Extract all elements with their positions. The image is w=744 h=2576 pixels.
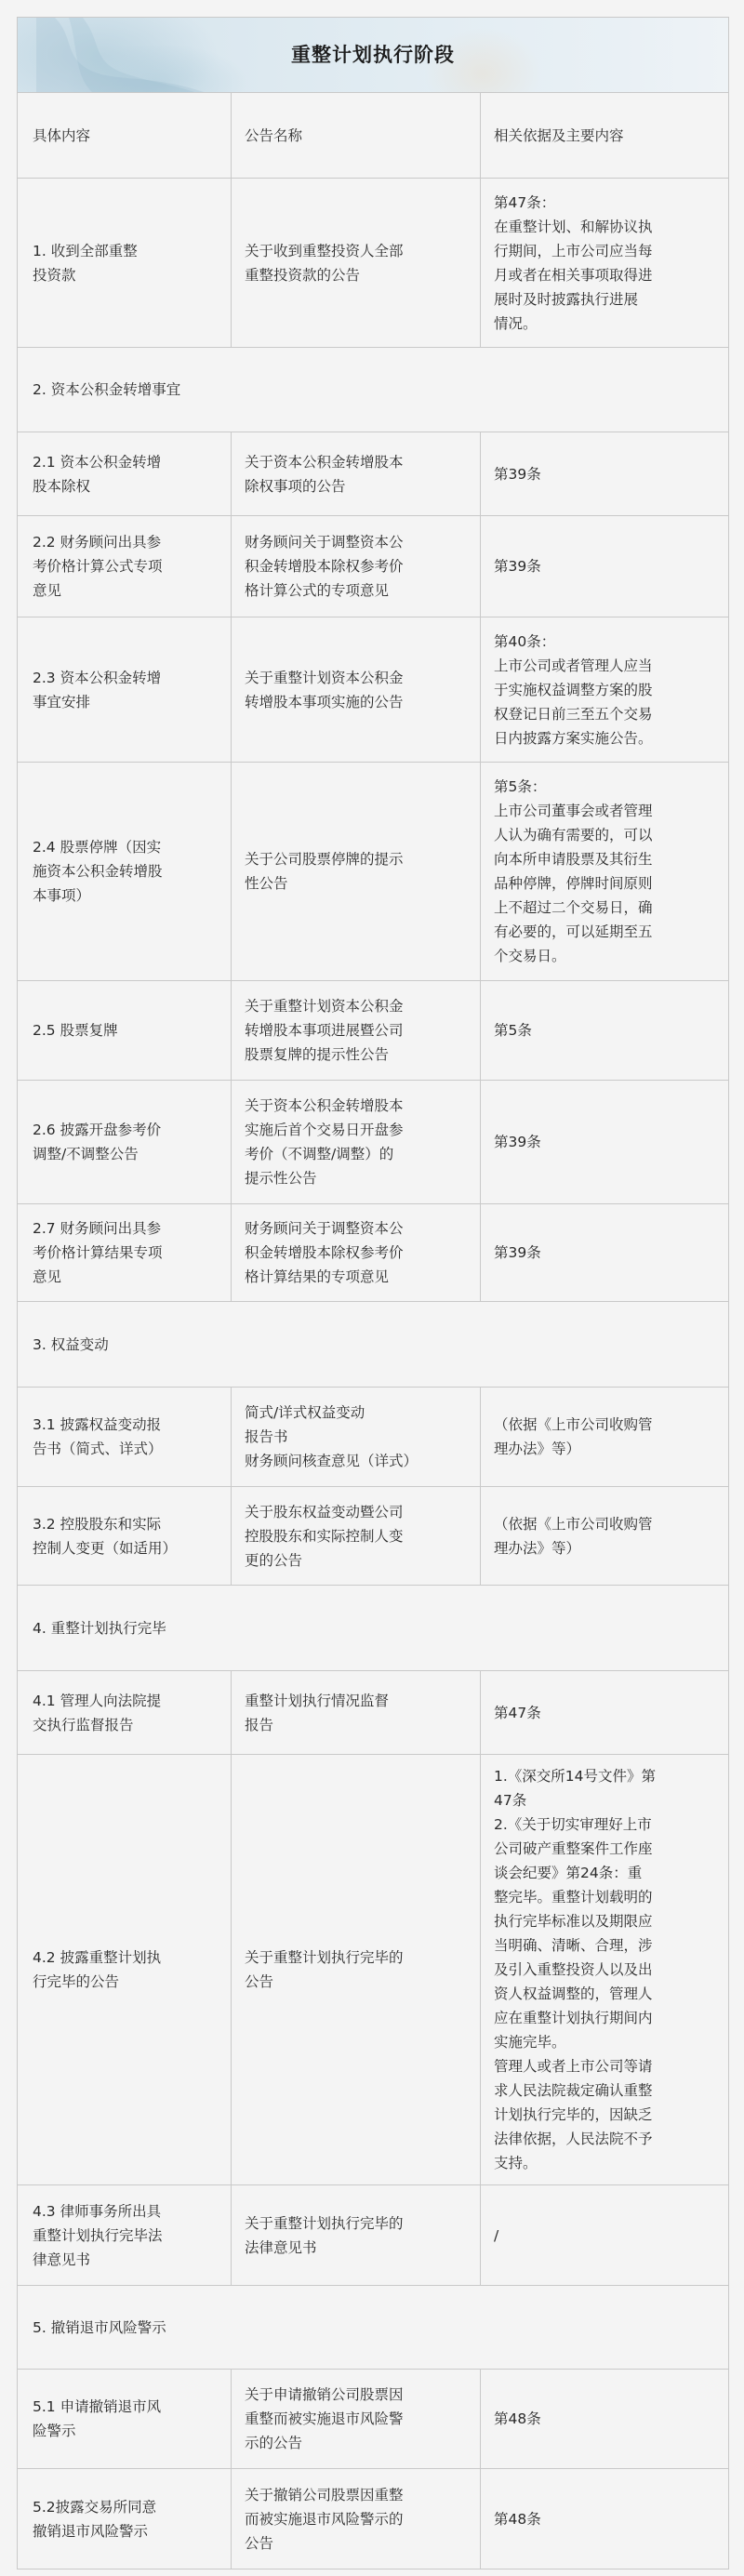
table-row: 2.7 财务顾问出具参 考价格计算结果专项 意见财务顾问关于调整资本公 积金转增… — [18, 1204, 728, 1302]
basis-cell: 1.《深交所14号文件》第 47条 2.《关于切实审理好上市 公司破产重整案件工… — [481, 1755, 728, 2184]
content-cell: 4.1 管理人向法院提 交执行监督报告 — [18, 1671, 232, 1754]
content-cell: 1. 收到全部重整 投资款 — [18, 179, 232, 347]
notice-name-cell: 简式/详式权益变动 报告书 财务顾问核查意见（详式） — [232, 1388, 481, 1486]
table-row: 4.1 管理人向法院提 交执行监督报告重整计划执行情况监督 报告第47条 — [18, 1671, 728, 1755]
table-row: 2.2 财务顾问出具参 考价格计算公式专项 意见财务顾问关于调整资本公 积金转增… — [18, 516, 728, 617]
basis-cell: 第40条： 上市公司或者管理人应当 于实施权益调整方案的股 权登记日前三至五个交… — [481, 617, 728, 762]
section-header-row: 5. 撤销退市风险警示 — [18, 2286, 728, 2370]
content-cell: 4.3 律师事务所出具 重整计划执行完毕法 律意见书 — [18, 2185, 232, 2285]
content-cell: 3.1 披露权益变动报 告书（简式、详式） — [18, 1388, 232, 1486]
column-header-row: 具体内容 公告名称 相关依据及主要内容 — [18, 93, 728, 179]
table-row: 1. 收到全部重整 投资款关于收到重整投资人全部 重整投资款的公告第47条： 在… — [18, 179, 728, 348]
content-cell: 2.5 股票复牌 — [18, 981, 232, 1080]
notice-name-cell: 关于申请撤销公司股票因 重整而被实施退市风险警 示的公告 — [232, 2370, 481, 2468]
basis-cell: （依据《上市公司收购管 理办法》等） — [481, 1487, 728, 1585]
basis-cell: 第48条 — [481, 2469, 728, 2569]
notice-name-cell: 重整计划执行情况监督 报告 — [232, 1671, 481, 1754]
table-row: 5.1 申请撤销退市风 险警示关于申请撤销公司股票因 重整而被实施退市风险警 示… — [18, 2370, 728, 2469]
table-title: 重整计划执行阶段 — [18, 18, 728, 92]
content-cell: 4.2 披露重整计划执 行完毕的公告 — [18, 1755, 232, 2184]
section-header-row: 2. 资本公积金转增事宜 — [18, 348, 728, 432]
table-row: 5.2披露交易所同意 撤销退市风险警示关于撤销公司股票因重整 而被实施退市风险警… — [18, 2469, 728, 2569]
content-cell: 2.4 股票停牌（因实 施资本公积金转增股 本事项） — [18, 763, 232, 980]
basis-cell: 第48条 — [481, 2370, 728, 2468]
notice-name-cell: 财务顾问关于调整资本公 积金转增股本除权参考价 格计算公式的专项意见 — [232, 516, 481, 617]
basis-cell: 第47条： 在重整计划、和解协议执 行期间，上市公司应当每 月或者在相关事项取得… — [481, 179, 728, 347]
content-cell: 3.2 控股股东和实际 控制人变更（如适用） — [18, 1487, 232, 1585]
basis-cell: （依据《上市公司收购管 理办法》等） — [481, 1388, 728, 1486]
notice-name-cell: 关于资本公积金转增股本 除权事项的公告 — [232, 432, 481, 515]
table-row: 2.5 股票复牌关于重整计划资本公积金 转增股本事项进展暨公司 股票复牌的提示性… — [18, 981, 728, 1081]
table-row: 4.2 披露重整计划执 行完毕的公告关于重整计划执行完毕的 公告1.《深交所14… — [18, 1755, 728, 2185]
basis-cell: 第39条 — [481, 1204, 728, 1301]
section-title: 2. 资本公积金转增事宜 — [18, 348, 728, 432]
content-cell: 2.6 披露开盘参考价 调整/不调整公告 — [18, 1081, 232, 1203]
notice-name-cell: 关于资本公积金转增股本 实施后首个交易日开盘参 考价（不调整/调整）的 提示性公… — [232, 1081, 481, 1203]
notice-name-cell: 关于公司股票停牌的提示 性公告 — [232, 763, 481, 980]
notice-name-cell: 关于重整计划资本公积金 转增股本事项实施的公告 — [232, 617, 481, 762]
basis-cell: 第47条 — [481, 1671, 728, 1754]
basis-cell: 第39条 — [481, 1081, 728, 1203]
execution-stage-table: 重整计划执行阶段 具体内容 公告名称 相关依据及主要内容 1. 收到全部重整 投… — [17, 17, 729, 2569]
content-cell: 2.7 财务顾问出具参 考价格计算结果专项 意见 — [18, 1204, 232, 1301]
basis-cell: 第5条 — [481, 981, 728, 1080]
notice-name-cell: 财务顾问关于调整资本公 积金转增股本除权参考价 格计算结果的专项意见 — [232, 1204, 481, 1301]
notice-name-cell: 关于重整计划执行完毕的 法律意见书 — [232, 2185, 481, 2285]
content-cell: 5.2披露交易所同意 撤销退市风险警示 — [18, 2469, 232, 2569]
column-header-notice: 公告名称 — [232, 93, 481, 178]
section-header-row: 3. 权益变动 — [18, 1302, 728, 1388]
column-header-content: 具体内容 — [18, 93, 232, 178]
content-cell: 5.1 申请撤销退市风 险警示 — [18, 2370, 232, 2468]
basis-cell: 第5条： 上市公司董事会或者管理 人认为确有需要的，可以 向本所申请股票及其衍生… — [481, 763, 728, 980]
content-cell: 2.1 资本公积金转增 股本除权 — [18, 432, 232, 515]
table-row: 2.3 资本公积金转增 事宜安排关于重整计划资本公积金 转增股本事项实施的公告第… — [18, 617, 728, 763]
table-row: 3.1 披露权益变动报 告书（简式、详式）简式/详式权益变动 报告书 财务顾问核… — [18, 1388, 728, 1487]
table-row: 4.3 律师事务所出具 重整计划执行完毕法 律意见书关于重整计划执行完毕的 法律… — [18, 2185, 728, 2286]
content-cell: 2.3 资本公积金转增 事宜安排 — [18, 617, 232, 762]
table-row: 3.2 控股股东和实际 控制人变更（如适用）关于股东权益变动暨公司 控股股东和实… — [18, 1487, 728, 1586]
section-title: 3. 权益变动 — [18, 1302, 728, 1387]
basis-cell: / — [481, 2185, 728, 2285]
notice-name-cell: 关于股东权益变动暨公司 控股股东和实际控制人变 更的公告 — [232, 1487, 481, 1585]
table-row: 2.4 股票停牌（因实 施资本公积金转增股 本事项）关于公司股票停牌的提示 性公… — [18, 763, 728, 981]
notice-name-cell: 关于撤销公司股票因重整 而被实施退市风险警示的 公告 — [232, 2469, 481, 2569]
notice-name-cell: 关于重整计划执行完毕的 公告 — [232, 1755, 481, 2184]
notice-name-cell: 关于收到重整投资人全部 重整投资款的公告 — [232, 179, 481, 347]
content-cell: 2.2 财务顾问出具参 考价格计算公式专项 意见 — [18, 516, 232, 617]
section-title: 5. 撤销退市风险警示 — [18, 2286, 728, 2369]
section-header-row: 4. 重整计划执行完毕 — [18, 1586, 728, 1671]
notice-name-cell: 关于重整计划资本公积金 转增股本事项进展暨公司 股票复牌的提示性公告 — [232, 981, 481, 1080]
table-row: 2.1 资本公积金转增 股本除权关于资本公积金转增股本 除权事项的公告第39条 — [18, 432, 728, 516]
column-header-basis: 相关依据及主要内容 — [481, 93, 728, 178]
table-banner: 重整计划执行阶段 — [18, 18, 728, 93]
section-title: 4. 重整计划执行完毕 — [18, 1586, 728, 1670]
basis-cell: 第39条 — [481, 516, 728, 617]
basis-cell: 第39条 — [481, 432, 728, 515]
table-row: 2.6 披露开盘参考价 调整/不调整公告关于资本公积金转增股本 实施后首个交易日… — [18, 1081, 728, 1204]
